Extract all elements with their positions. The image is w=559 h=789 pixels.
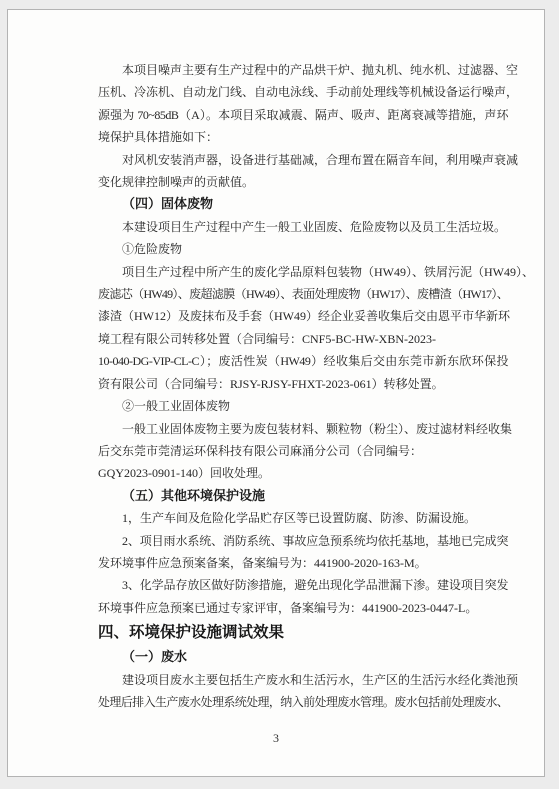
section-heading-wastewater: （一）废水	[98, 646, 508, 668]
text-line: 发环境事件应急预案备案，备案编号为：441900-2020-163-M。	[98, 552, 508, 574]
document-page: 本项目噪声主要有生产过程中的产品烘干炉、抛丸机、纯水机、过滤器、空 压机、冷冻机…	[7, 9, 545, 777]
page-number: 3	[8, 727, 544, 749]
text-line: 本建设项目生产过程中产生一般工业固废、危险废物以及员工生活垃圾。	[98, 216, 508, 238]
text-line: 处理后排入生产废水处理系统处理，纳入前处理废水管理。废水包括前处理废水、	[98, 691, 508, 713]
text-line: 资有限公司（合同编号：RJSY-RJSY-FHXT-2023-061）转移处置。	[98, 373, 508, 395]
section-heading-other-facilities: （五）其他环境保护设施	[98, 485, 508, 507]
text-line: 对风机安装消声器，设备进行基础减，合理布置在隔音车间，利用噪声衰减	[98, 149, 508, 171]
text-line: 项目生产过程中所产生的废化学品原料包装物（HW49）、铁屑污泥（HW49）、	[98, 261, 508, 283]
text-line: 后交东莞市莞清运环保科技有限公司麻涌分公司（合同编号：	[98, 440, 508, 462]
text-line: 漆渣（HW12）及废抹布及手套（HW49）经企业妥善收集后交由恩平市华新环	[98, 305, 508, 327]
text-line: 环境事件应急预案已通过专家评审，备案编号为：441900-2023-0447-L…	[98, 597, 508, 619]
text-line: 建设项目废水主要包括生产废水和生活污水，生产区的生活污水经化粪池预	[98, 669, 508, 691]
text-line: 一般工业固体废物主要为废包装材料、颗粒物（粉尘）、废过滤材料经收集	[98, 418, 508, 440]
text-line: 本项目噪声主要有生产过程中的产品烘干炉、抛丸机、纯水机、过滤器、空	[98, 59, 508, 81]
text-line: 境保护具体措施如下：	[98, 126, 508, 148]
chapter-heading-debug-results: 四、环境保护设施调试效果	[98, 619, 508, 646]
section-heading-solid-waste: （四）固体废物	[98, 193, 508, 215]
text-line: 压机、冷冻机、自动龙门线、自动电泳线、手动前处理线等机械设备运行噪声，	[98, 81, 508, 103]
text-line: 变化规律控制噪声的贡献值。	[98, 171, 508, 193]
text-line: 源强为 70~85dB（A）。本项目采取减震、隔声、吸声、距离衰减等措施，声环	[98, 104, 508, 126]
numbered-item-2: 2、项目雨水系统、消防系统、事故应急预系统均依托基地，基地已完成突	[98, 530, 508, 552]
text-line: 境工程有限公司转移处置（合同编号：CNF5-BC-HW-XBN-2023-	[98, 328, 508, 350]
text-line: GQY2023-0901-140）回收处理。	[98, 462, 508, 484]
numbered-item-3: 3、化学品存放区做好防渗措施，避免出现化学品泄漏下渗。建设项目突发	[98, 574, 508, 596]
list-item-hazardous-waste: ①危险废物	[98, 238, 508, 260]
document-body: 本项目噪声主要有生产过程中的产品烘干炉、抛丸机、纯水机、过滤器、空 压机、冷冻机…	[98, 59, 508, 713]
numbered-item-1: 1，生产车间及危险化学品贮存区等已设置防腐、防渗、防漏设施。	[98, 507, 508, 529]
text-line: 10-040-DG-VIP-CL-C）；废活性炭（HW49）经收集后交由东莞市新…	[98, 350, 508, 372]
list-item-general-solid-waste: ②一般工业固体废物	[98, 395, 508, 417]
text-line: 废滤芯（HW49）、废超滤膜（HW49）、表面处理废物（HW17）、废槽渣（HW…	[98, 283, 508, 305]
